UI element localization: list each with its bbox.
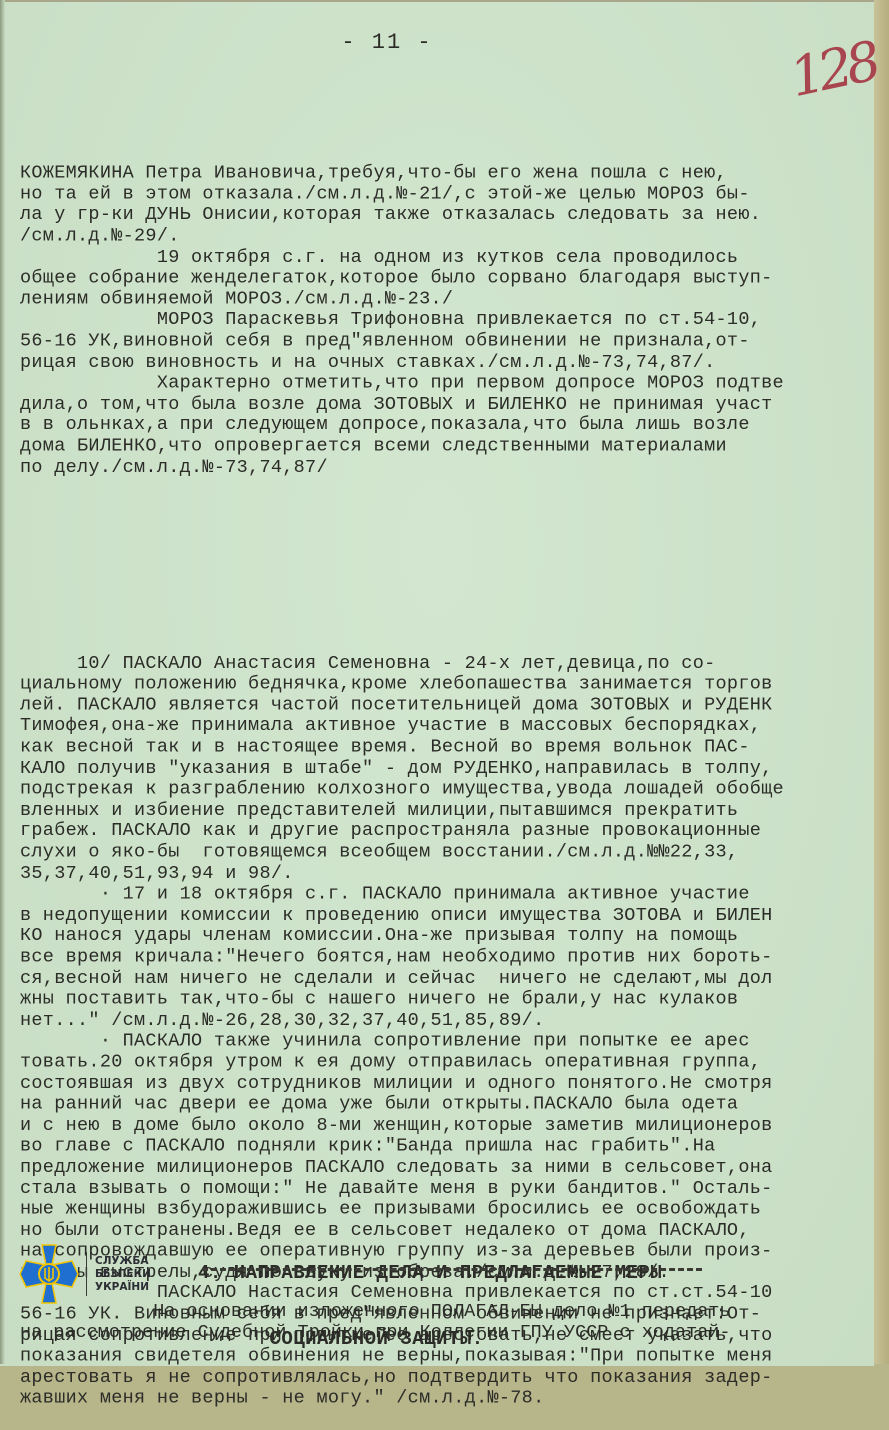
text-line: циальному положению беднячка,кроме хлебо… (20, 674, 880, 695)
text-line: · 17 и 18 октября с.г. ПАСКАЛО принимала… (20, 884, 880, 905)
sbu-cross-emblem-icon (18, 1243, 80, 1305)
text-line: Тимофея,она-же принимала активное участи… (20, 716, 880, 737)
text-line: общее собрание жендeлегаток,которое было… (20, 268, 880, 289)
text-line: по делу./см.л.д.№-73,74,87/ (20, 457, 880, 478)
text-line: 35,37,40,51,93,94 и 98/. (20, 863, 880, 884)
text-line: дила,о том,что была возле дома ЗОТОВЫХ и… (20, 394, 880, 415)
text-line: жны поставить так,что-бы с нашего ничего… (20, 989, 880, 1010)
text-line: лениям обвиняемой МОРОЗ./см.л.д.№-23./ (20, 289, 880, 310)
sbu-watermark: СЛУЖБА БЕЗПЕКИ УКРАЇНИ (18, 1243, 178, 1305)
text-line: но та ей в этом отказала./см.л.д.№-21/,с… (20, 184, 880, 205)
text-line: в недопущении комиссии к проведению опис… (20, 905, 880, 926)
text-line: рицая свою виновность и на очных ставках… (20, 352, 880, 373)
text-line: и с нею в доме было около 8-ми женщин,ко… (20, 1115, 880, 1136)
text-line: подстрекая к разграблению колхозного иму… (20, 779, 880, 800)
conclusion-paragraph: На основании изложенного ПОЛАГАЛ-БЫ дело… (20, 1300, 880, 1341)
heading-underline-dashes (202, 1268, 702, 1271)
watermark-separator (86, 1252, 87, 1296)
text-line: нет..." /см.л.д.№-26,28,30,32,37,40,51,8… (20, 1010, 880, 1031)
text-line: КОЖЕМЯКИНА Петра Ивановича,требуя,что-бы… (20, 163, 880, 184)
text-line: все время кричала:"Нечего боятся,нам нео… (20, 947, 880, 968)
paragraph-block-moroz: КОЖЕМЯКИНА Петра Ивановича,требуя,что-бы… (20, 163, 880, 478)
text-line: грабеж. ПАСКАЛО как и другие распростран… (20, 821, 880, 842)
text-line: /см.л.д.№-29/. (20, 226, 880, 247)
document-body: КОЖЕМЯКИНА Петра Ивановича,требуя,что-бы… (20, 121, 880, 1364)
text-line: как весной так и в настоящее время. Весн… (20, 737, 880, 758)
text-line: 19 октября с.г. на одном из кутков села … (20, 247, 880, 268)
text-line: На основании изложенного ПОЛАГАЛ-БЫ дело… (20, 1300, 880, 1321)
text-line: дома БИЛЕНКО,что опровергается всеми сле… (20, 436, 880, 457)
text-line: стала взывать о помощи:" Не давайте меня… (20, 1178, 880, 1199)
text-line: 56-16 УК,виновной себя в пред"явленном о… (20, 331, 880, 352)
text-line: Характерно отметить,что при первом допро… (20, 373, 880, 394)
watermark-line: БЕЗПЕКИ (95, 1268, 151, 1281)
text-line: ла у гр-ки ДУНЬ Онисии,которая также отк… (20, 205, 880, 226)
text-line: · ПАСКАЛО также учинила сопротивление пр… (20, 1031, 880, 1052)
watermark-line: УКРАЇНИ (95, 1281, 151, 1294)
text-line: МОРОЗ Параскевья Трифоновна привлекается… (20, 310, 880, 331)
text-line: во главе с ПАСКАЛО подняли крик:"Банда п… (20, 1136, 880, 1157)
page-number: - 11 - (0, 30, 774, 55)
text-line: слухи о яко-бы готовящемся всеобщем восс… (20, 842, 880, 863)
text-line: в в ольнках,а при следующем допросе,пока… (20, 415, 880, 436)
text-line: на ранний час двери ее дома уже были отк… (20, 1094, 880, 1115)
watermark-text: СЛУЖБА БЕЗПЕКИ УКРАЇНИ (95, 1255, 151, 1294)
text-line: предложение милиционеров ПАСКАЛО следова… (20, 1157, 880, 1178)
watermark-line: СЛУЖБА (95, 1255, 151, 1268)
text-line: состоявшая из двух сотрудников милиции и… (20, 1073, 880, 1094)
text-line: на рассмотрение Судебной Тройки при Колл… (20, 1321, 880, 1342)
text-line: товать.20 октября утром к ея дому отправ… (20, 1052, 880, 1073)
text-line: ся,весной нам ничего не сделали и сейчас… (20, 968, 880, 989)
text-line: лей. ПАСКАЛО является частой посетительн… (20, 695, 880, 716)
section-heading-line: 4. НАПРАВЛЕНИЕ ДЕЛА И ПРЕДЛАГАЕМЫЕ МЕРЫ (198, 1262, 718, 1284)
text-line: КО нанося удары членам комиссии.Она-же п… (20, 926, 880, 947)
paper-left-edge (0, 0, 5, 1364)
text-line: 10/ ПАСКАЛО Анастасия Семеновна - 24-х л… (20, 653, 880, 674)
paragraph-gap (20, 520, 880, 544)
text-line: КАЛО получив "указания в штабе" - дом РУ… (20, 758, 880, 779)
paragraph-gap (20, 587, 880, 611)
text-line: вленных и избиение представителей милици… (20, 800, 880, 821)
